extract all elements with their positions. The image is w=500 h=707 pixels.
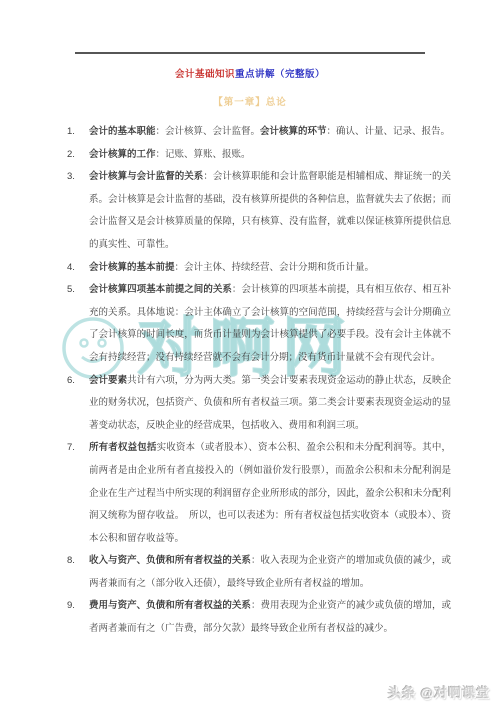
header-divider	[75, 52, 425, 54]
item-number: 9.	[67, 595, 75, 618]
chapter-heading: 【第一章】总论	[0, 94, 500, 108]
key-point-item: 5.会计核算四项基本前提之间的关系：会计核算的四项基本前提，具有相互依存、相互补…	[65, 279, 451, 369]
key-term: 会计核算四项基本前提之间的关系	[89, 284, 232, 295]
title-main: 会计基础知识	[175, 69, 235, 80]
document-page: 会计基础知识重点讲解（完整版） 【第一章】总论 对啊网 1.会计的基本职能：会计…	[0, 0, 500, 707]
document-title: 会计基础知识重点讲解（完整版）	[0, 66, 500, 80]
item-text: ：记账、算账、报账。	[156, 149, 251, 160]
key-term: 所有者权益包括	[89, 442, 157, 453]
key-term: 会计的基本职能	[89, 126, 156, 137]
key-term: 费用与资产、负债和所有者权益的关系	[89, 600, 251, 611]
key-term: 会计核算的工作	[89, 149, 156, 160]
key-term: 会计核算的基本前提	[89, 262, 175, 273]
item-text: ：会计核算的四项基本前提，具有相互依存、相互补充的关系。具体地说：会计主体确立了…	[89, 284, 451, 363]
key-point-item: 7.所有者权益包括实收资本（或者股本）、资本公积、盈余公积和未分配利润等。其中，…	[65, 437, 451, 550]
key-point-item: 3.会计核算与会计监督的关系：会计核算职能和会计监督职能是相辅相成、辩证统一的关…	[65, 166, 451, 256]
item-number: 8.	[67, 550, 75, 573]
item-number: 4.	[67, 257, 75, 280]
item-number: 1.	[67, 121, 75, 144]
key-term: 会计核算与会计监督的关系	[89, 171, 203, 182]
bottom-right-credit-watermark: 头条 @对啊课堂	[388, 682, 490, 701]
key-term: 会计核算的环节	[260, 126, 327, 137]
item-text: 共计有六项，分为两大类。第一类会计要素表现资金运动的静止状态，反映企业的财务状况…	[89, 375, 451, 431]
item-number: 5.	[67, 279, 75, 302]
item-number: 7.	[67, 437, 75, 460]
key-point-item: 4.会计核算的基本前提：会计主体、持续经营、会计分期和货币计量。	[65, 257, 451, 280]
key-point-item: 9.费用与资产、负债和所有者权益的关系：费用表现为企业资产的减少或负债的增加，或…	[65, 595, 451, 640]
key-point-item: 1.会计的基本职能：会计核算、会计监督。会计核算的环节：确认、计量、记录、报告。	[65, 121, 451, 144]
item-text: 实收资本（或者股本）、资本公积、盈余公积和未分配利润等。其中，前两者是由企业所有…	[89, 442, 451, 543]
key-point-item: 2.会计核算的工作：记账、算账、报账。	[65, 144, 451, 167]
item-text: ：会计核算职能和会计监督职能是相辅相成、辩证统一的关系。会计核算是会计监督的基础…	[89, 171, 451, 250]
item-number: 2.	[67, 144, 75, 167]
key-point-item: 6.会计要素共计有六项，分为两大类。第一类会计要素表现资金运动的静止状态，反映企…	[65, 370, 451, 438]
key-term: 会计要素	[89, 375, 127, 386]
item-number: 3.	[67, 166, 75, 189]
item-number: 6.	[67, 370, 75, 393]
item-text: ：确认、计量、记录、报告。	[327, 126, 451, 137]
key-term: 收入与资产、负债和所有者权益的关系	[89, 555, 251, 566]
item-text: ：会计核算、会计监督。	[156, 126, 261, 137]
item-text: ：会计主体、持续经营、会计分期和货币计量。	[175, 262, 375, 273]
key-point-item: 8.收入与资产、负债和所有者权益的关系：收入表现为企业资产的增加或负债的减少，或…	[65, 550, 451, 595]
key-points-list: 1.会计的基本职能：会计核算、会计监督。会计核算的环节：确认、计量、记录、报告。…	[65, 121, 451, 641]
title-suffix: 重点讲解（完整版）	[235, 69, 325, 80]
